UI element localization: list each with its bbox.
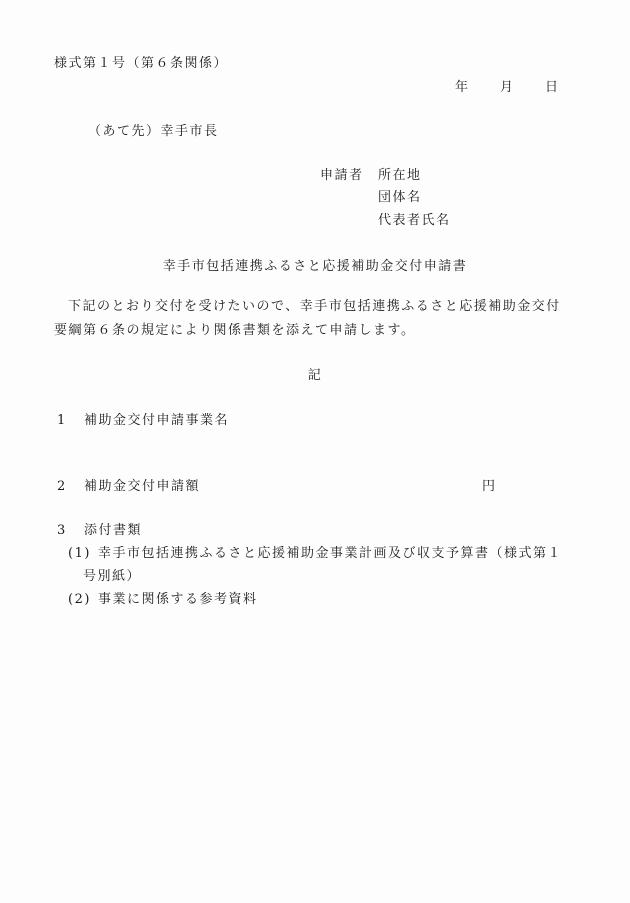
item-1-number: 1 xyxy=(57,413,67,429)
item-1-label: 補助金交付申請事業名 xyxy=(84,413,229,429)
item-3-label: 添付書類 xyxy=(84,523,142,539)
item-2-unit: 円 xyxy=(482,479,497,495)
subitem-1-text-line-1: 幸手市包括連携ふるさと応援補助金事業計画及び収支予算書（様式第１ xyxy=(98,546,562,562)
subitem-1-number: (1) xyxy=(68,546,91,562)
applicant-representative-label: 代表者氏名 xyxy=(378,213,451,229)
subitem-2-text: 事業に関係する参考資料 xyxy=(98,592,258,608)
subitem-2-number: (2) xyxy=(68,592,91,608)
form-number: 様式第１号（第６条関係） xyxy=(54,56,228,72)
body-line-2: 要綱第６条の規定により関係書類を添えて申請します。 xyxy=(54,323,415,339)
document-title: 幸手市包括連携ふるさと応援補助金交付申請書 xyxy=(0,259,630,275)
date-day-label: 日 xyxy=(545,80,560,96)
subitem-1-text-line-2: 号別紙） xyxy=(83,569,141,585)
document-page: 様式第１号（第６条関係） 年 月 日 （あて先）幸手市長 申請者 所在地 団体名… xyxy=(0,0,630,903)
item-2-number: 2 xyxy=(57,479,67,495)
body-line-1: 下記のとおり交付を受けたいので、幸手市包括連携ふるさと応援補助金交付 xyxy=(68,299,561,315)
addressee: （あて先）幸手市長 xyxy=(88,124,219,140)
item-2-label: 補助金交付申請額 xyxy=(84,479,200,495)
date-month-label: 月 xyxy=(500,80,515,96)
applicant-address-label: 所在地 xyxy=(378,168,422,184)
applicant-label: 申請者 xyxy=(320,168,364,184)
applicant-organization-label: 団体名 xyxy=(378,190,422,206)
date-year-label: 年 xyxy=(455,80,470,96)
ki-heading: 記 xyxy=(0,368,630,384)
item-3-number: 3 xyxy=(57,523,67,539)
